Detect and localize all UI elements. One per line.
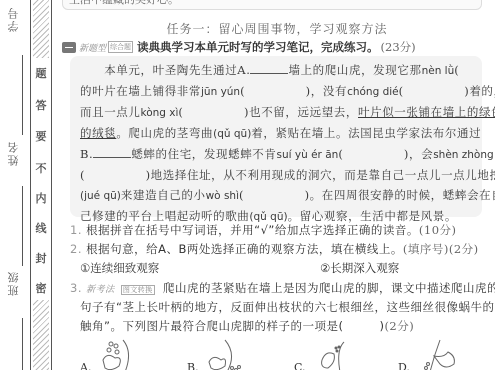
passage-text: 墙上的爬山虎，发现它那 — [288, 63, 421, 77]
passage-line: 的绒毯。爬山虎的茎弯曲(qǔ qū)着，紧贴在墙上。法国昆虫学家法布尔通过 — [80, 123, 472, 144]
hatch-decoration — [33, 0, 49, 58]
passage-line: (jué qū)来建造自己的小wò shì( )。在四周很安静的时候，蟋蟀会在自 — [80, 185, 472, 206]
question-score: (填序号)(2分) — [403, 242, 479, 256]
passage-text: 。爬山虎的茎弯曲 — [116, 126, 213, 140]
underlined-text: 叶片似一张铺在墙上的绿色 — [358, 105, 495, 119]
section-header: 新题型 综合题 读典典学习本单元时写的学习笔记，完成练习。 (23分) — [62, 39, 416, 55]
question-number: 3. — [70, 281, 82, 295]
passage-text: ( )。在四周很安静的时候，蟋蟀会在自 — [239, 188, 495, 202]
ivy-foot-image-a — [97, 338, 137, 370]
seal-char: 题 — [31, 65, 51, 81]
pinyin: wò shì — [206, 190, 239, 202]
pinyin: suí yù ér ān — [277, 149, 339, 161]
passage-text: ( ) — [454, 63, 495, 77]
question-text: 触角”。下列图片最符合爬山虎脚的样子的一项是( ) — [80, 319, 384, 333]
question-text: 根据句意，给A、B两处选择正确的观察方法，填在横线上。 — [86, 242, 403, 256]
new-type-tag: 新题型 — [79, 41, 106, 54]
seal-char: 封 — [31, 250, 51, 266]
fill-blank[interactable] — [250, 61, 288, 74]
choice-label: D. — [398, 361, 410, 370]
passage-text: 着，紧贴在墙上。法国昆虫学家法布尔通过 — [251, 126, 481, 140]
passage-text: 而且一点儿 — [80, 105, 141, 119]
question-3-continuation: 句子有“茎上长叶柄的地方，反面伸出枝状的六七根细丝，这些细丝很像蜗牛的 — [80, 299, 494, 315]
passage-text: 来建造自己的小 — [121, 188, 206, 202]
seal-char: 密 — [31, 280, 51, 296]
worksheet-content: 生活中蕴藏的美好心。 任务一：留心周围事物，学习观察方法 新题型 综合题 读典典… — [62, 0, 492, 370]
ivy-foot-image-b — [205, 338, 245, 370]
passage-text: ( )着的， — [399, 84, 495, 98]
name-line — [22, 186, 23, 266]
passage-text: 的叶片在墙上铺得非常 — [80, 84, 201, 98]
passage-line: B.蟋蟀的住宅，发现蟋蟀不肯suí yù ér ān( )，会shèn zhòn… — [80, 144, 472, 165]
passage-text: ( )地选择住址，从不利用现成的洞穴，而是靠自己一点儿一点儿地挖掘 — [80, 168, 495, 182]
section-one-icon — [62, 42, 76, 53]
question-score: (10分) — [419, 223, 457, 237]
student-id-label: 学号 — [6, 6, 22, 32]
previous-passage-box: 生活中蕴藏的美好心。 — [62, 0, 482, 10]
question-2: 2. 根据句意，给A、B两处选择正确的观察方法，填在横线上。(填序号)(2分) — [70, 241, 479, 257]
choice-b[interactable]: B. — [187, 338, 245, 370]
question-1: 1. 根据拼音在括号中写词语，并用“√”给加点字选择正确的读音。(10分) — [70, 222, 457, 238]
seal-char: 线 — [31, 220, 51, 236]
seal-char: 内 — [31, 190, 51, 206]
choice-c[interactable]: C. — [294, 338, 352, 370]
reading-passage: 本单元，叶圣陶先生通过A.墙上的爬山虎，发现它那nèn lǜ( )的叶片在墙上铺… — [70, 56, 482, 217]
pinyin: shèn zhòng — [433, 149, 494, 161]
binding-margin: 学号 姓名 班级 题 答 要 不 内 线 封 密 — [0, 0, 58, 370]
section-score: (23分) — [381, 39, 416, 55]
passage-text: 本单元，叶圣陶先生通过A. — [80, 63, 250, 77]
seal-char: 不 — [31, 160, 51, 176]
seal-char: 答 — [31, 97, 51, 113]
passage-text: ( )，没有 — [240, 84, 347, 98]
pinyin: (jué qū) — [80, 190, 121, 202]
class-line — [22, 318, 23, 370]
passage-text: 蟋蟀的住宅，发现蟋蟀不肯 — [131, 147, 276, 161]
task-title: 任务一：留心周围事物，学习观察方法 — [62, 20, 492, 37]
passage-line: 的叶片在墙上铺得非常jūn yún( )，没有chóng dié( )着的， — [80, 81, 472, 102]
question-number: 2. — [70, 242, 82, 256]
passage-text: ( )，会 — [338, 147, 433, 161]
fill-blank[interactable] — [93, 145, 131, 158]
ivy-foot-image-d — [416, 338, 460, 370]
seal-char: 要 — [31, 128, 51, 144]
passage-text: 。留心观察，生活中都是风景。 — [288, 209, 457, 223]
section-instruction: 读典典学习本单元时写的学习笔记，完成练习。 — [137, 39, 379, 55]
choice-d[interactable]: D. — [398, 338, 460, 370]
ivy-foot-image-c — [312, 338, 352, 370]
question-text: 根据拼音在括号中写词语，并用“√”给加点字选择正确的读音。 — [86, 223, 419, 237]
question-type-tag: 综合题 — [108, 41, 133, 53]
option-1: ①连续细致观察 — [80, 260, 159, 276]
option-2: ②长期深入观察 — [320, 260, 399, 276]
passage-text: 己修建的平台上唱起动听的歌曲 — [80, 209, 249, 223]
choice-label: B. — [187, 361, 199, 370]
question-number: 1. — [70, 223, 82, 237]
question-text: 爬山虎的茎紧贴在墙上是因为爬山虎的脚，课文中描述爬山虎的脚的 — [163, 281, 495, 295]
pinyin: jūn yún — [201, 86, 240, 98]
question-type-tag: 图文转换 — [121, 285, 155, 295]
passage-line: 而且一点儿kòng xì( )也不留，远远望去，叶片似一张铺在墙上的绿色 — [80, 102, 472, 123]
new-method-tag: 新考法 — [86, 285, 115, 295]
choice-label: C. — [294, 361, 306, 370]
pinyin: kòng xì — [141, 107, 179, 119]
student-id-line — [22, 55, 23, 135]
question-3: 3. 新考法 图文转换 爬山虎的茎紧贴在墙上是因为爬山虎的脚，课文中描述爬山虎的… — [70, 280, 495, 296]
pinyin: chóng dié — [347, 86, 399, 98]
hatch-decoration — [33, 300, 49, 370]
seal-line-strip: 题 答 要 不 内 线 封 密 — [30, 0, 52, 370]
choice-a[interactable]: A. — [80, 338, 137, 370]
class-label: 班级 — [6, 270, 22, 296]
underlined-text: 的绒毯 — [80, 126, 116, 140]
question-score: (2分) — [384, 319, 414, 333]
passage-text: ( )也不留，远远望去， — [178, 105, 358, 119]
pinyin: nèn lǜ — [422, 65, 455, 77]
question-3-continuation: 触角”。下列图片最符合爬山虎脚的样子的一项是( )(2分) — [80, 318, 414, 334]
passage-line: ( )地选择住址，从不利用现成的洞穴，而是靠自己一点儿一点儿地挖掘 — [80, 165, 472, 185]
name-label: 姓名 — [6, 140, 22, 166]
passage-text: B. — [80, 147, 93, 161]
pinyin: (qǔ qū) — [213, 128, 251, 140]
previous-passage-text: 生活中蕴藏的美好心。 — [69, 0, 179, 6]
choice-label: A. — [80, 361, 91, 370]
passage-line: 本单元，叶圣陶先生通过A.墙上的爬山虎，发现它那nèn lǜ( ) — [80, 60, 472, 81]
